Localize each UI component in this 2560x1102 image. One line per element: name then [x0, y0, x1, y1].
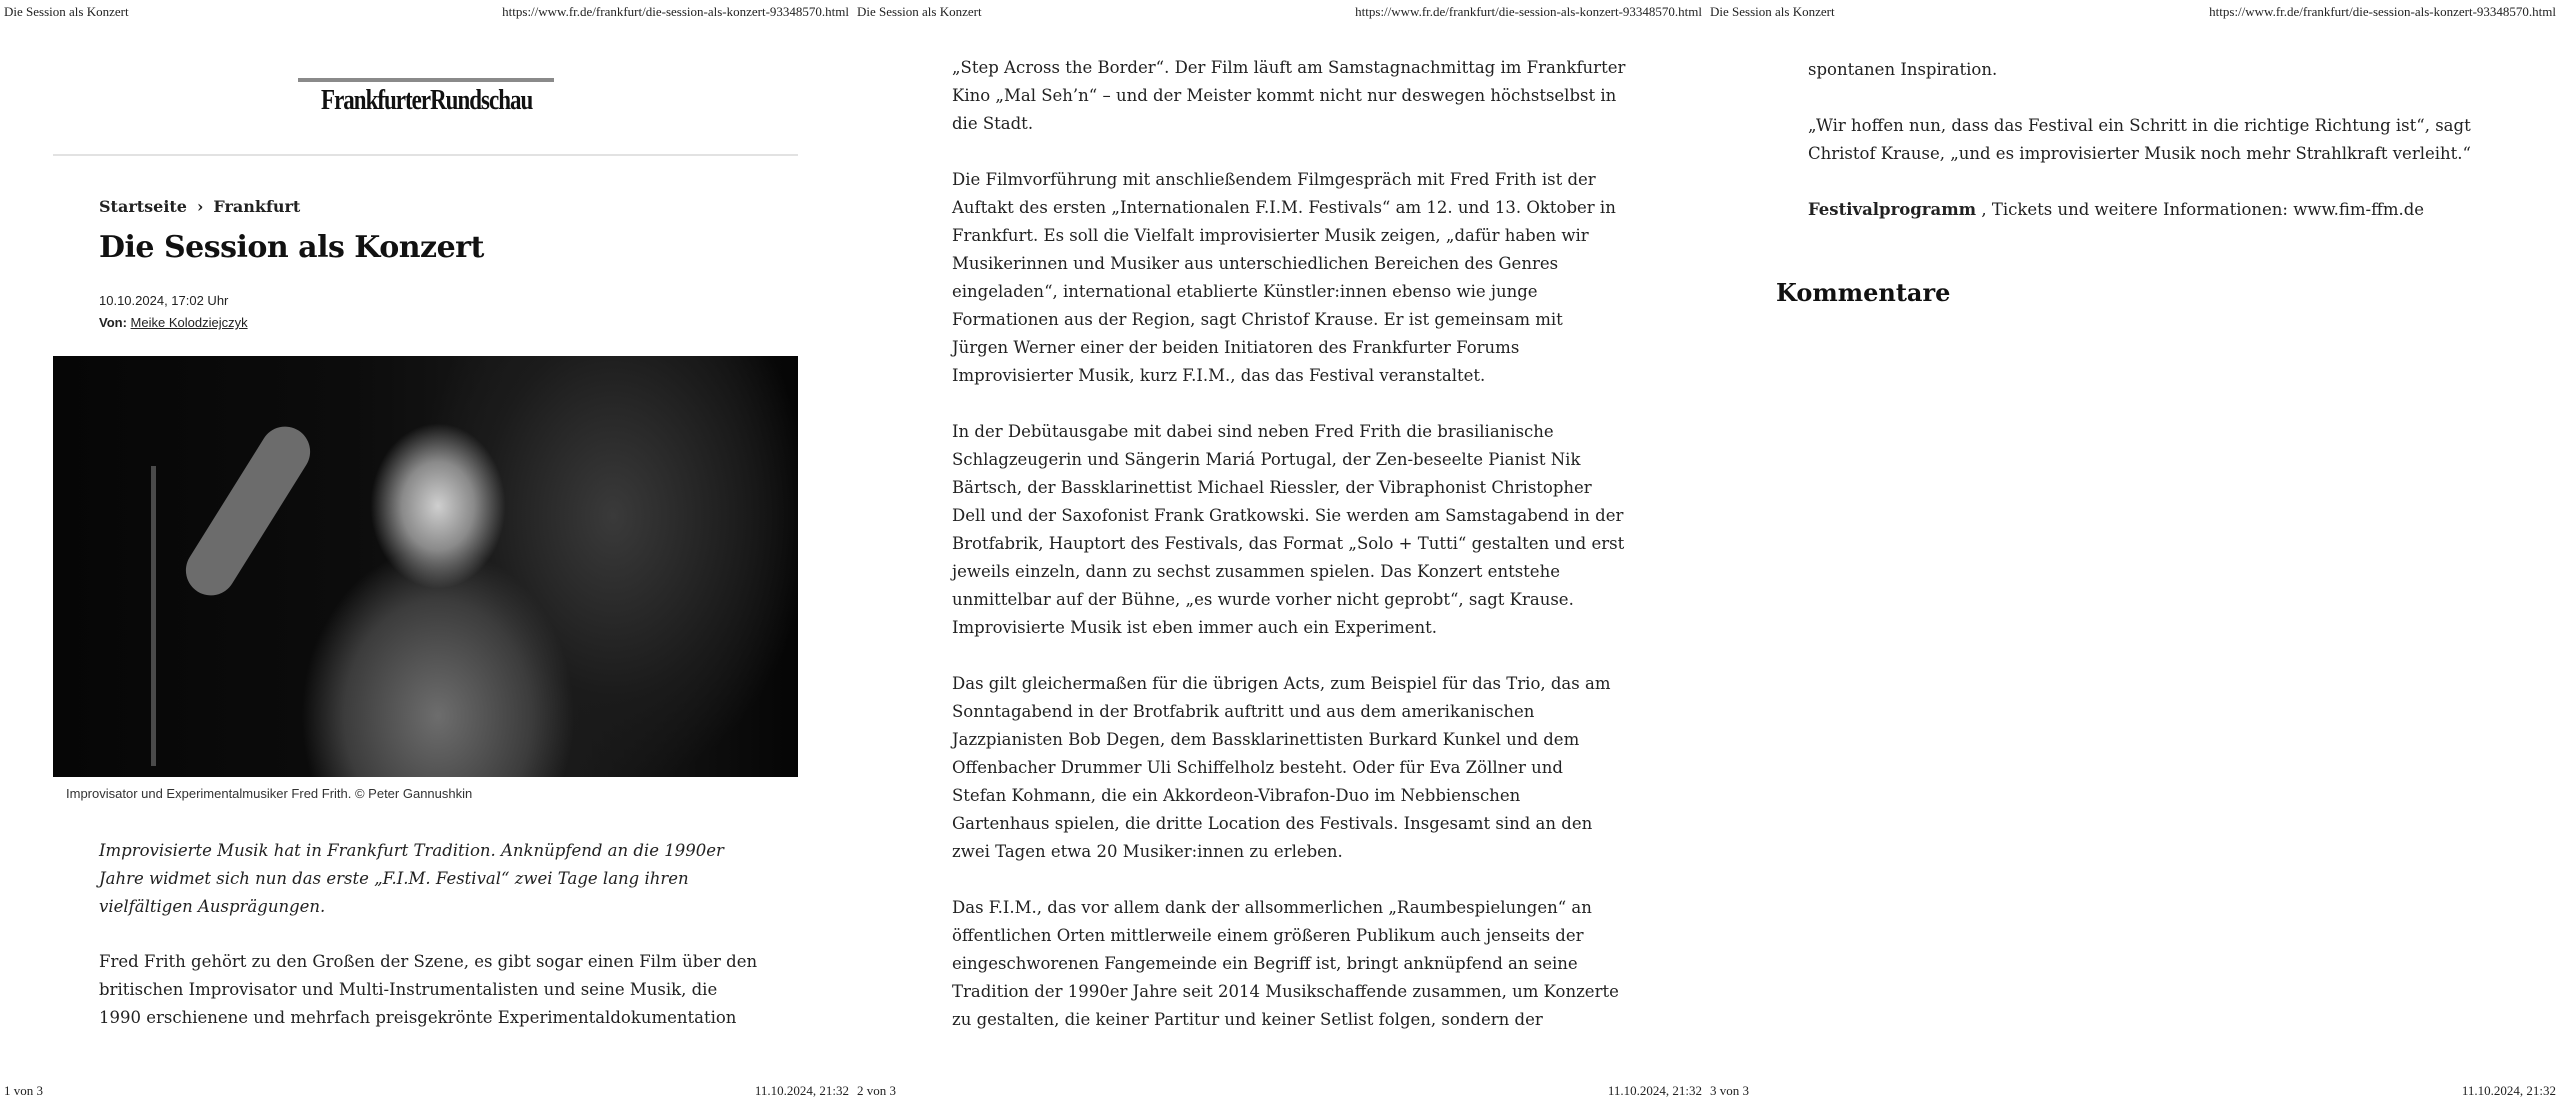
- logo-bar: [298, 78, 554, 82]
- breadcrumb-item-startseite[interactable]: Startseite: [99, 197, 187, 216]
- paragraph-line: Das gilt gleichermaßen für die übrigen A…: [952, 670, 1612, 698]
- paragraph-line: Offenbacher Drummer Uli Schiffelholz bes…: [952, 754, 1612, 782]
- paragraph-line: Tradition der 1990er Jahre seit 2014 Mus…: [952, 978, 1612, 1006]
- article-paragraph: Fred Frith gehört zu den Großen der Szen…: [99, 948, 759, 1032]
- article-paragraph: In der Debütausgabe mit dabei sind neben…: [952, 418, 1612, 642]
- article-title: Die Session als Konzert: [99, 230, 484, 265]
- paragraph-line: eingeschworenen Fangemeinde ein Begriff …: [952, 950, 1612, 978]
- paragraph-line: 1990 erschienene und mehrfach preisgekrö…: [99, 1004, 759, 1032]
- breadcrumb: Startseite›Frankfurt: [99, 197, 300, 216]
- lead-line: Improvisierte Musik hat in Frankfurt Tra…: [99, 837, 739, 865]
- paragraph-line: Fred Frith gehört zu den Großen der Szen…: [99, 948, 759, 976]
- header-divider: [53, 154, 798, 156]
- article-paragraph: Das F.I.M., das vor allem dank der allso…: [952, 894, 1612, 1034]
- paragraph-line: Musikerinnen und Musiker aus unterschied…: [952, 250, 1612, 278]
- photo-figure: [176, 417, 319, 605]
- paragraph-line: Auftakt des ersten „Internationalen F.I.…: [952, 194, 1612, 222]
- site-logo[interactable]: FrankfurterRundschau: [298, 78, 554, 114]
- paragraph-line: In der Debütausgabe mit dabei sind neben…: [952, 418, 1612, 446]
- paragraph-line: Improvisierte Musik ist eben immer auch …: [952, 614, 1612, 642]
- paragraph-line: „Step Across the Border“. Der Film läuft…: [952, 54, 1612, 82]
- author-link[interactable]: Meike Kolodziejczyk: [131, 315, 248, 330]
- paragraph-line: Christof Krause, „und es improvisierter …: [1808, 140, 2508, 168]
- paragraph-line: Brotfabrik, Hauptort des Festivals, das …: [952, 530, 1612, 558]
- article-body-page-3: spontanen Inspiration. „Wir hoffen nun, …: [1808, 56, 2508, 252]
- paragraph-line: „Wir hoffen nun, dass das Festival ein S…: [1808, 112, 2508, 140]
- paragraph-line: Dell und der Saxofonist Frank Gratkowski…: [952, 502, 1612, 530]
- breadcrumb-item-frankfurt[interactable]: Frankfurt: [213, 197, 300, 216]
- paragraph-line: öffentlichen Orten mittlerweile einem gr…: [952, 922, 1612, 950]
- article-date: 10.10.2024, 17:02 Uhr: [99, 293, 228, 308]
- paragraph-line: Schlagzeugerin und Sängerin Mariá Portug…: [952, 446, 1612, 474]
- print-footer-date: 11.10.2024, 21:32: [1608, 1083, 1702, 1099]
- paragraph-line: Bärtsch, der Bassklarinettist Michael Ri…: [952, 474, 1612, 502]
- print-header-title: Die Session als Konzert: [1710, 4, 1835, 20]
- chevron-right-icon: ›: [197, 197, 203, 216]
- paragraph-line: Gartenhaus spielen, die dritte Location …: [952, 810, 1612, 838]
- print-header-url: https://www.fr.de/frankfurt/die-session-…: [2209, 4, 2556, 20]
- paragraph-line: Die Filmvorführung mit anschließendem Fi…: [952, 166, 1612, 194]
- paragraph-line: unmittelbar auf der Bühne, „es wurde vor…: [952, 586, 1612, 614]
- paragraph-line: Formationen aus der Region, sagt Christo…: [952, 306, 1612, 334]
- paragraph-line: Frankfurt. Es soll die Vielfalt improvis…: [952, 222, 1612, 250]
- paragraph-line: spontanen Inspiration.: [1808, 56, 2508, 84]
- article-paragraph: Das gilt gleichermaßen für die übrigen A…: [952, 670, 1612, 866]
- paragraph-line: Jürgen Werner einer der beiden Initiator…: [952, 334, 1612, 362]
- logo-text: FrankfurterRundschau: [321, 88, 531, 114]
- festival-info: Festivalprogramm , Tickets und weitere I…: [1808, 196, 2508, 224]
- paragraph-line: Sonntagabend in der Brotfabrik auftritt …: [952, 698, 1612, 726]
- photo-caption: Improvisator und Experimentalmusiker Fre…: [66, 786, 472, 801]
- paragraph-line: Kino „Mal Seh’n“ – und der Meister kommt…: [952, 82, 1612, 110]
- print-header-title: Die Session als Konzert: [4, 4, 129, 20]
- festival-program-link[interactable]: Festivalprogramm: [1808, 200, 1976, 219]
- paragraph-line: Stefan Kohmann, die ein Akkordeon-Vibraf…: [952, 782, 1612, 810]
- article-paragraph: „Wir hoffen nun, dass das Festival ein S…: [1808, 112, 2508, 168]
- lead-line: Jahre widmet sich nun das erste „F.I.M. …: [99, 865, 739, 893]
- paragraph-line: britischen Improvisator und Multi-Instru…: [99, 976, 759, 1004]
- paragraph-line: Jazzpianisten Bob Degen, dem Bassklarine…: [952, 726, 1612, 754]
- print-header-title: Die Session als Konzert: [857, 4, 982, 20]
- print-footer-page: 3 von 3: [1710, 1083, 1749, 1099]
- paragraph-line: Das F.I.M., das vor allem dank der allso…: [952, 894, 1612, 922]
- article-body-page-2: „Step Across the Border“. Der Film läuft…: [952, 54, 1612, 1062]
- comments-heading: Kommentare: [1776, 278, 1950, 307]
- paragraph-line: Improvisierter Musik, kurz F.I.M., das d…: [952, 362, 1612, 390]
- paragraph-line: jeweils einzeln, dann zu sechst zusammen…: [952, 558, 1612, 586]
- article-paragraph: „Step Across the Border“. Der Film läuft…: [952, 54, 1612, 138]
- paragraph-line: die Stadt.: [952, 110, 1612, 138]
- article-byline: Von: Meike Kolodziejczyk: [99, 315, 248, 330]
- print-page-2: Die Session als Konzert https://www.fr.d…: [853, 0, 1706, 1102]
- print-page-3: Die Session als Konzert https://www.fr.d…: [1706, 0, 2560, 1102]
- paragraph-line: zwei Tagen etwa 20 Musiker:innen zu erle…: [952, 838, 1612, 866]
- article-paragraph: Die Filmvorführung mit anschließendem Fi…: [952, 166, 1612, 390]
- print-header-url: https://www.fr.de/frankfurt/die-session-…: [502, 4, 849, 20]
- paragraph-line: zu gestalten, die keiner Partitur und ke…: [952, 1006, 1612, 1034]
- print-footer-page: 2 von 3: [857, 1083, 896, 1099]
- print-page-1: Die Session als Konzert https://www.fr.d…: [0, 0, 853, 1102]
- author-label: Von:: [99, 315, 127, 330]
- paragraph-line: eingeladen“, international etablierte Kü…: [952, 278, 1612, 306]
- print-footer-date: 11.10.2024, 21:32: [2462, 1083, 2556, 1099]
- article-paragraph: spontanen Inspiration.: [1808, 56, 2508, 84]
- print-footer-date: 11.10.2024, 21:32: [755, 1083, 849, 1099]
- festival-info-text: , Tickets und weitere Informationen: www…: [1976, 200, 2424, 219]
- lead-line: vielfältigen Ausprägungen.: [99, 893, 739, 921]
- article-lead: Improvisierte Musik hat in Frankfurt Tra…: [99, 837, 739, 921]
- article-photo: [53, 356, 798, 777]
- print-footer-page: 1 von 3: [4, 1083, 43, 1099]
- photo-mic-stand: [151, 466, 156, 766]
- print-header-url: https://www.fr.de/frankfurt/die-session-…: [1355, 4, 1702, 20]
